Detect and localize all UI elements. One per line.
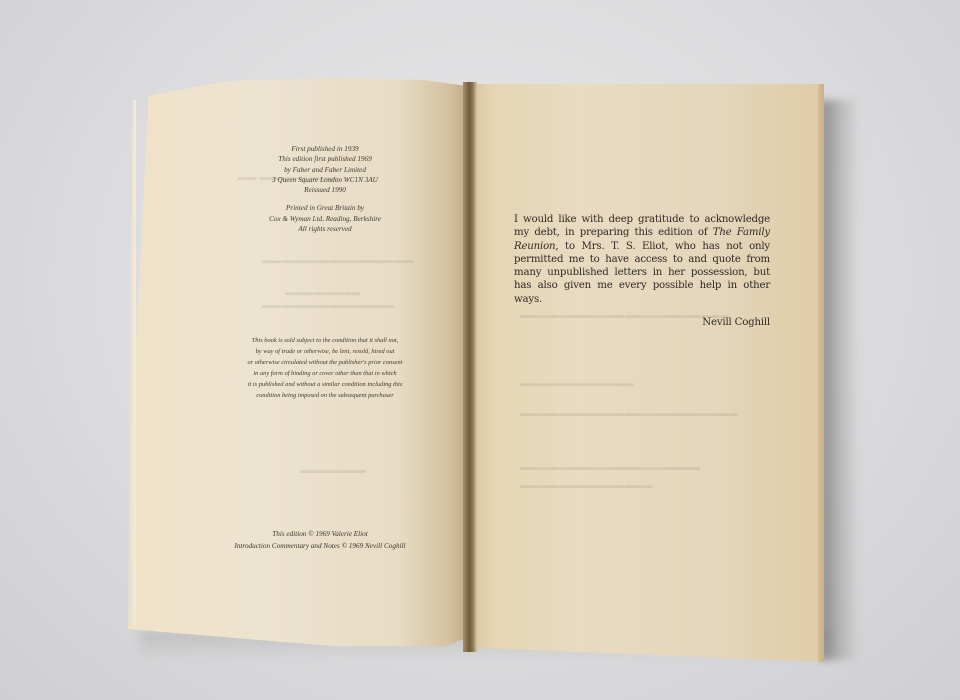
photo-scene: ▬▬ ▬▬▬▬▬ ▬▬▬ ▬▬▬▬▬▬▬▬▬▬▬▬▬▬▬▬ ▬▬▬▬▬▬▬▬ ▬… [0,0,960,700]
notice-line: in any form of binding or cover other th… [222,368,428,379]
signature: Nevill Coghill [514,316,770,329]
notice-line: condition being imposed on the subsequen… [222,390,428,401]
left-page-edge [128,100,136,625]
imprint-line: by Faber and Faber Limited [230,165,420,175]
notice-line: or otherwise circulated without the publ… [222,357,428,368]
right-page-edge [818,84,824,662]
notice-line: it is published and without a similar co… [222,379,428,390]
imprint-block: First published in 1939 This edition fir… [230,144,420,234]
sold-notice: This book is sold subject to the conditi… [222,335,428,401]
showthrough-text: ▬▬▬▬▬▬▬▬▬▬▬▬▬▬▬▬ [262,255,414,265]
printer-line: Printed in Great Britain by [230,203,420,213]
imprint-line: Reissued 1990 [230,185,420,195]
book-gutter [463,82,477,652]
acknowledgement-text: I would like with deep gratitude to ackn… [514,213,770,306]
showthrough-text: ▬▬▬▬▬▬▬▬▬▬▬▬ [520,378,634,388]
book-shadow-right [820,100,860,660]
imprint-line: First published in 1939 [230,144,420,154]
showthrough-text: ▬▬▬▬▬▬▬▬▬▬▬▬▬▬▬▬▬▬▬▬▬▬▬ [520,408,739,418]
printer-line: All rights reserved [230,224,420,234]
showthrough-text: ▬▬▬▬▬▬▬▬▬▬▬▬▬▬ [262,300,395,310]
showthrough-text: ▬▬▬▬▬▬▬ [300,465,367,475]
copyright-block: This edition © 1969 Valerie Eliot Introd… [215,528,425,552]
copyright-line: Introduction Commentary and Notes © 1969… [215,540,425,552]
imprint-line: This edition first published 1969 [230,154,420,164]
copyright-line: This edition © 1969 Valerie Eliot [215,528,425,540]
printer-line: Cox & Wyman Ltd, Reading, Berkshire [230,214,420,224]
acknowledgement-block: I would like with deep gratitude to ackn… [514,213,770,329]
showthrough-text: ▬▬▬▬▬▬▬▬▬▬▬▬▬▬ [520,480,653,490]
notice-line: This book is sold subject to the conditi… [222,335,428,346]
imprint-line: 3 Queen Square London WC1N 3AU [230,175,420,185]
right-page [472,84,824,662]
showthrough-text: ▬▬▬▬▬▬▬▬ [285,287,361,297]
notice-line: by way of trade or otherwise, be lent, r… [222,346,428,357]
showthrough-text: ▬▬▬▬▬▬▬▬▬▬▬▬▬▬▬▬▬▬▬ [520,462,701,472]
